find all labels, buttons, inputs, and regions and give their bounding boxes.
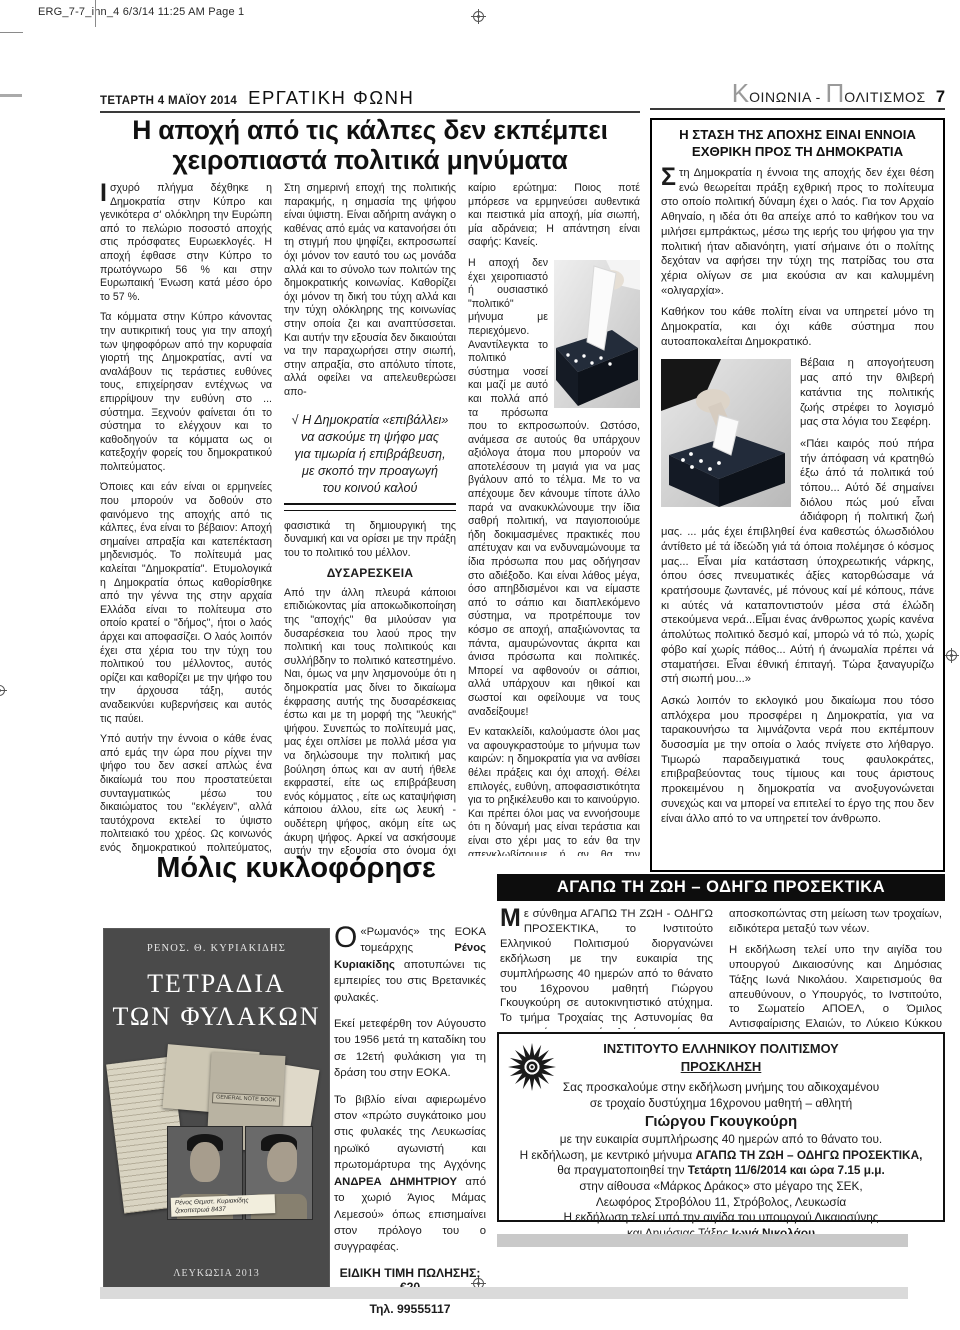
sidebar-title-line: ΕΧΘΡΙΚΗ ΠΡΟΣ ΤΗ ΔΗΜΟΚΡΑΤΙΑ	[661, 144, 934, 161]
section-initial: Κ	[732, 78, 749, 108]
sidebar-title: Η ΣΤΑΣΗ ΤΗΣ ΑΠΟΧΗΣ ΕΙΝΑΙ ΕΝΝΟΙΑ ΕΧΘΡΙΚΗ …	[661, 127, 934, 160]
article-column-3: καίριο ερώτημα: Ποιος ποτέ μπόρεσε να ερ…	[468, 182, 640, 856]
print-divider-bar	[100, 1287, 908, 1299]
book-cover-title: ΤΕΤΡΑΔΙΑ ΤΩΝ ΦΥΛΑΚΩΝ	[103, 967, 330, 1033]
invitation-organization: ΙΝΣΤΙΤΟΥΤΟ ΕΛΛΗΝΙΚΟΥ ΠΟΛΙΤΙΣΜΟΥ	[499, 1041, 943, 1056]
article-paragraph: Εν κατακλείδι, καλούμαστε όλοι μας να αφ…	[468, 726, 640, 856]
ballot-box-photo	[661, 359, 791, 507]
book-cover-imprint: ΛΕΥΚΩΣΙΑ 2013	[103, 1268, 330, 1279]
masthead-rule	[650, 108, 945, 110]
book-paragraph: Το βιβλίο είναι αφιερωμένο στον «πρώτο σ…	[334, 1092, 486, 1256]
issue-date: ΤΕΤΑΡΤΗ 4 ΜΑΪΟΥ 2014	[100, 95, 237, 107]
print-divider-bar	[497, 1234, 908, 1247]
crop-mark	[0, 32, 23, 33]
dropcap: Μ	[500, 907, 524, 929]
invitation-line: σε τροχαίο δυστύχημα 16χρονου μαθητή – α…	[499, 1096, 943, 1112]
sidebar-paragraph: Καθήκον του κάθε πολίτη είναι να υπηρετε…	[661, 305, 934, 349]
invitation-heading: ΠΡΟΣΚΛΗΣΗ	[499, 1059, 943, 1074]
vergina-sun-icon	[507, 1042, 557, 1092]
campaign-body: Με σύνθημα ΑΓΑΠΩ ΤΗ ΖΩΗ - ΟΔΗΓΩ ΠΡΟΣΕΚΤΙ…	[500, 907, 942, 1029]
article-paragraph: φασιστικά τη δημιουργική της δυναμική κα…	[284, 520, 456, 561]
paragraph-text: τη Δημοκρατία η έννοια της αποχής δεν έχ…	[661, 167, 934, 297]
book-cover-photo: ΡΕΝΟΣ. Θ. ΚΥΡΙΑΚΙΔΗΣ ΤΕΤΡΑΔΙΑ ΤΩΝ ΦΥΛΑΚΩ…	[103, 928, 330, 1290]
invitation-line: με την ευκαιρία συμπλήρωσης 40 ημερών απ…	[499, 1132, 943, 1148]
newspaper-name: ΕΡΓΑΤΙΚΗ ΦΩΝΗ	[248, 87, 414, 109]
prison-notebooks-collage: GENERAL NOTE BOOK Ρένος Θεμιστ. Κυριακίδ…	[113, 1048, 320, 1246]
article-subheading: ΔΥΣΑΡΕΣΚΕΙΑ	[284, 567, 456, 581]
invitation-line: Η εκδήλωση τελεί υπό την αιγίδα του υπου…	[499, 1210, 943, 1226]
section-word: ΟΙΝΩΝΙΑ	[749, 89, 811, 105]
sidebar-title-line: Η ΣΤΑΣΗ ΤΗΣ ΑΠΟΧΗΣ ΕΙΝΑΙ ΕΝΝΟΙΑ	[661, 127, 934, 144]
book-section-headline: Μόλις κυκλοφόρησε	[100, 852, 492, 885]
mugshot-face	[190, 1142, 220, 1182]
section-word: ΟΛΙΤΙΣΜΟΣ	[844, 89, 926, 105]
masthead-rule	[100, 111, 640, 113]
campaign-paragraph: Η εκδήλωση τελεί υπο την αιγίδα του υπου…	[729, 943, 942, 1029]
invitation-line: Η εκδήλωση, με κεντρικό μήνυμα ΑΓΑΠΩ ΤΗ …	[499, 1148, 943, 1164]
pull-quote: √ Η Δημοκρατία «επιβάλλει» να ασκούμε τη…	[286, 412, 454, 497]
campaign-banner: ΑΓΑΠΩ ΤΗ ΖΩΗ – ΟΔΗΓΩ ΠΡΟΣΕΚΤΙΚΑ	[497, 874, 945, 901]
dropcap: Ο	[334, 924, 360, 951]
sidebar-paragraph: Στη Δημοκρατία η έννοια της αποχής δεν έ…	[661, 166, 934, 298]
registration-mark-icon	[0, 683, 7, 698]
article-paragraph: Από την άλλη πλευρά κάποιοι επιδιώκοντας…	[284, 587, 456, 856]
book-phone: Τηλ. 99555117	[334, 1302, 486, 1316]
article-paragraph: Όποιες και εάν είναι οι ερμηνείες που μπ…	[100, 481, 272, 726]
invitation-box: ΙΝΣΤΙΤΟΥΤΟ ΕΛΛΗΝΙΚΟΥ ΠΟΛΙΤΙΣΜΟΥ ΠΡΟΣΚΛΗΣ…	[497, 1032, 945, 1222]
book-cover-title-line: ΤΕΤΡΑΔΙΑ	[103, 967, 330, 1000]
crop-mark	[0, 94, 22, 97]
sidebar-opinion-box: Η ΣΤΑΣΗ ΤΗΣ ΑΠΟΧΗΣ ΕΙΝΑΙ ΕΝΝΟΙΑ ΕΧΘΡΙΚΗ …	[650, 118, 945, 872]
article-title: Η αποχή από τις κάλπες δεν εκπέμπει χειρ…	[100, 115, 640, 175]
page-number: 7	[936, 88, 945, 106]
print-slug: ERG_7-7_inn_4 6/3/14 11:25 AM Page 1	[38, 6, 244, 18]
invitation-line: Σας προσκαλούμε στην εκδήλωση μνήμης του…	[499, 1080, 943, 1096]
pull-quote-line: για τιμωρία ή επιβράβευση,	[286, 446, 454, 463]
article-paragraph: καίριο ερώτημα: Ποιος ποτέ μπόρεσε να ερ…	[468, 182, 640, 250]
registration-mark-icon	[944, 648, 959, 663]
paragraph-text: σχυρό πλήγμα δέχθηκε η Δημοκρατία στην Κ…	[100, 182, 272, 303]
sidebar-paragraph: Ασκώ λοιπόν το εκλογικό μου δικαίωμα που…	[661, 694, 934, 826]
invitation-line: θα πραγματοποιηθεί την Τετάρτη 11/6/2014…	[499, 1163, 943, 1179]
section-header: ΚΟΙΝΩΝΙΑ - ΠΟΛΙΤΙΣΜΟΣ7	[650, 78, 945, 109]
paragraph-text: ε σύνθημα ΑΓΑΠΩ ΤΗ ΖΩΗ - ΟΔΗΓΩ ΠΡΟΣΕΚΤΙΚ…	[500, 908, 713, 1029]
book-paragraph: Εκεί μετεφέρθη τον Αύγουστο του 1956 μετ…	[334, 1016, 486, 1082]
double-rule	[284, 503, 456, 511]
article-paragraph: Ισχυρό πλήγμα δέχθηκε η Δημοκρατία στην …	[100, 182, 272, 304]
book-paragraph: Ο«Ρωμανός» της ΕΟΚΑ τομεάρχης Ρένος Κυρι…	[334, 924, 486, 1006]
pull-quote-line: του κοινού καλού	[286, 480, 454, 497]
article-column-2: Στη σημερινή εποχή της πολιτικής παρακμή…	[284, 182, 456, 856]
article-column-1: Ισχυρό πλήγμα δέχθηκε η Δημοκρατία στην …	[100, 182, 272, 856]
campaign-paragraph: αποσκοπώντας στη μείωση των τροχαίων, ει…	[729, 907, 942, 937]
article-paragraph: Τα κόμματα στην Κύπρο κάνοντας την αυτικ…	[100, 311, 272, 474]
pull-quote-line: √ Η Δημοκρατία «επιβάλλει»	[286, 412, 454, 429]
pull-quote-line: να ασκούμε τη ψήφο μας	[286, 429, 454, 446]
newspaper-page: { "print_marks": { "slug": "ERG_7-7_inn_…	[0, 0, 960, 1330]
crop-mark	[95, 0, 96, 27]
invitation-line: Λεωφόρος Στροβόλου 11, Στρόβολος, Λευκωσ…	[499, 1195, 943, 1211]
campaign-column-1: Με σύνθημα ΑΓΑΠΩ ΤΗ ΖΩΗ - ΟΔΗΓΩ ΠΡΟΣΕΚΤΙ…	[500, 907, 713, 1029]
dropcap: Σ	[661, 166, 679, 188]
book-description: Ο«Ρωμανός» της ΕΟΚΑ τομεάρχης Ρένος Κυρι…	[334, 924, 486, 1316]
invitation-honoree-name: Γιώργου Γκουγκούρη	[499, 1112, 943, 1131]
campaign-column-2: αποσκοπώντας στη μείωση των τροχαίων, ει…	[729, 907, 942, 1029]
book-cover-author: ΡΕΝΟΣ. Θ. ΚΥΡΙΑΚΙΔΗΣ	[103, 943, 330, 954]
notebook-label: GENERAL NOTE BOOK	[212, 1092, 281, 1106]
book-cover-title-line: ΤΩΝ ΦΥΛΑΚΩΝ	[103, 1000, 330, 1033]
article-body: Ισχυρό πλήγμα δέχθηκε η Δημοκρατία στην …	[100, 182, 640, 856]
campaign-paragraph: Με σύνθημα ΑΓΑΠΩ ΤΗ ΖΩΗ - ΟΔΗΓΩ ΠΡΟΣΕΚΤΙ…	[500, 907, 713, 1029]
article-paragraph: Στη σημερινή εποχή της πολιτικής παρακμή…	[284, 182, 456, 400]
ballot-box-photo	[554, 260, 640, 408]
mugshot-face	[267, 1142, 297, 1182]
pull-quote-line: με σκοπό την προαγωγή	[286, 463, 454, 480]
masthead: ΤΕΤΑΡΤΗ 4 ΜΑΪΟΥ 2014 ΕΡΓΑΤΙΚΗ ΦΩΝΗ	[100, 87, 414, 109]
registration-mark-icon	[471, 9, 486, 24]
dropcap: Ι	[100, 182, 110, 204]
section-separator: -	[811, 89, 825, 105]
article-paragraph: Υπό αυτήν την έννοια ο κάθε ένας από εμά…	[100, 733, 272, 856]
section-initial: Π	[825, 78, 844, 108]
invitation-line: στην αίθουσα «Μάρκος Δράκος» στο μέγαρο …	[499, 1179, 943, 1195]
mugshot-caption: Ρένος Θεμιστ. Κυριακίδης ζεκοπετρωά 8437	[171, 1194, 276, 1217]
